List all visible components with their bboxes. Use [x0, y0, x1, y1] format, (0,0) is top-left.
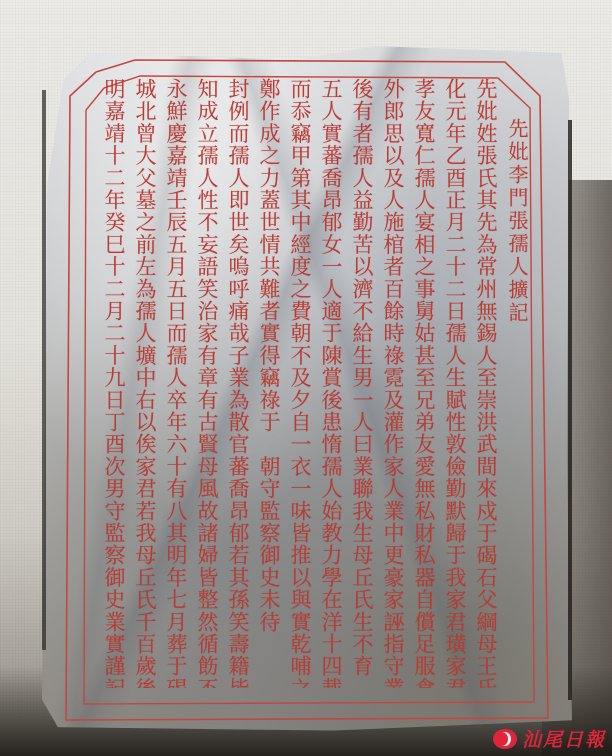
inscription-column: 五人實蕃喬昂郁女一人適于陳賞後患惰孺人始教力學在洋十四載: [315, 78, 346, 688]
inscription-column: 鄭作成之力蓋世情共難者實得竊祿于 朝守監察御史未待: [253, 78, 284, 688]
newspaper-watermark: 汕尾日報: [492, 725, 606, 752]
inscription-column: 而忝竊甲第其中經度之費朝不及夕自一衣一味皆推以與實乾哺之: [284, 78, 315, 688]
watermark-text: 汕尾日報: [522, 725, 606, 752]
shanwei-daily-logo-icon: [492, 728, 518, 750]
inscription-column: 後有者孺人益勤苦以濟不給生男一人曰業聯我生母丘氏生不育: [346, 78, 377, 688]
inscription-text: 先妣李門張孺人擴記 先妣姓張氏其先為常州無錫人至崇洪武間來戍于碣石父綱母王氏成 …: [92, 78, 532, 688]
inscription-column: 永鮮慶嘉靖壬辰五月五日而孺人卒年六十有八其明年七月葬于碣石: [160, 78, 191, 688]
inscription-column: 先妣姓張氏其先為常州無錫人至崇洪武間來戍于碣石父綱母王氏成: [470, 78, 501, 688]
inscription-title: 先妣李門張孺人擴記: [501, 78, 532, 728]
inscription-column: 明嘉靖十二年癸巳十二月二十九日丁酉次男守監察御史業實謹記: [98, 78, 129, 688]
inscription-column: 外郎思以及人施棺者百餘時祿霓及灌作家人業中更豪家誣指守業: [377, 78, 408, 688]
inscription-column: 孝友寬仁孺人宴相之事舅姑甚至兄弟友愛無私財私器自償足服食: [408, 78, 439, 688]
inscription-column: 化元年乙酉正月二十二日孺人生賦性敦儉勤默歸于我家君璜家君: [439, 78, 470, 688]
inscription-column: 城北曾大父墓之前左為孺人壙中右以俟家君若我母丘氏千百歲後云: [129, 78, 160, 688]
inscription-column: 封例而孺人即世矣嗚呼痛哉子業為散官蕃喬昂郁若其孫笑壽籍皆: [222, 78, 253, 688]
inscription-column: 知成立孺人性不妄語笑治家有章有古賢母風故諸婦皆整然循飭不: [191, 78, 222, 688]
